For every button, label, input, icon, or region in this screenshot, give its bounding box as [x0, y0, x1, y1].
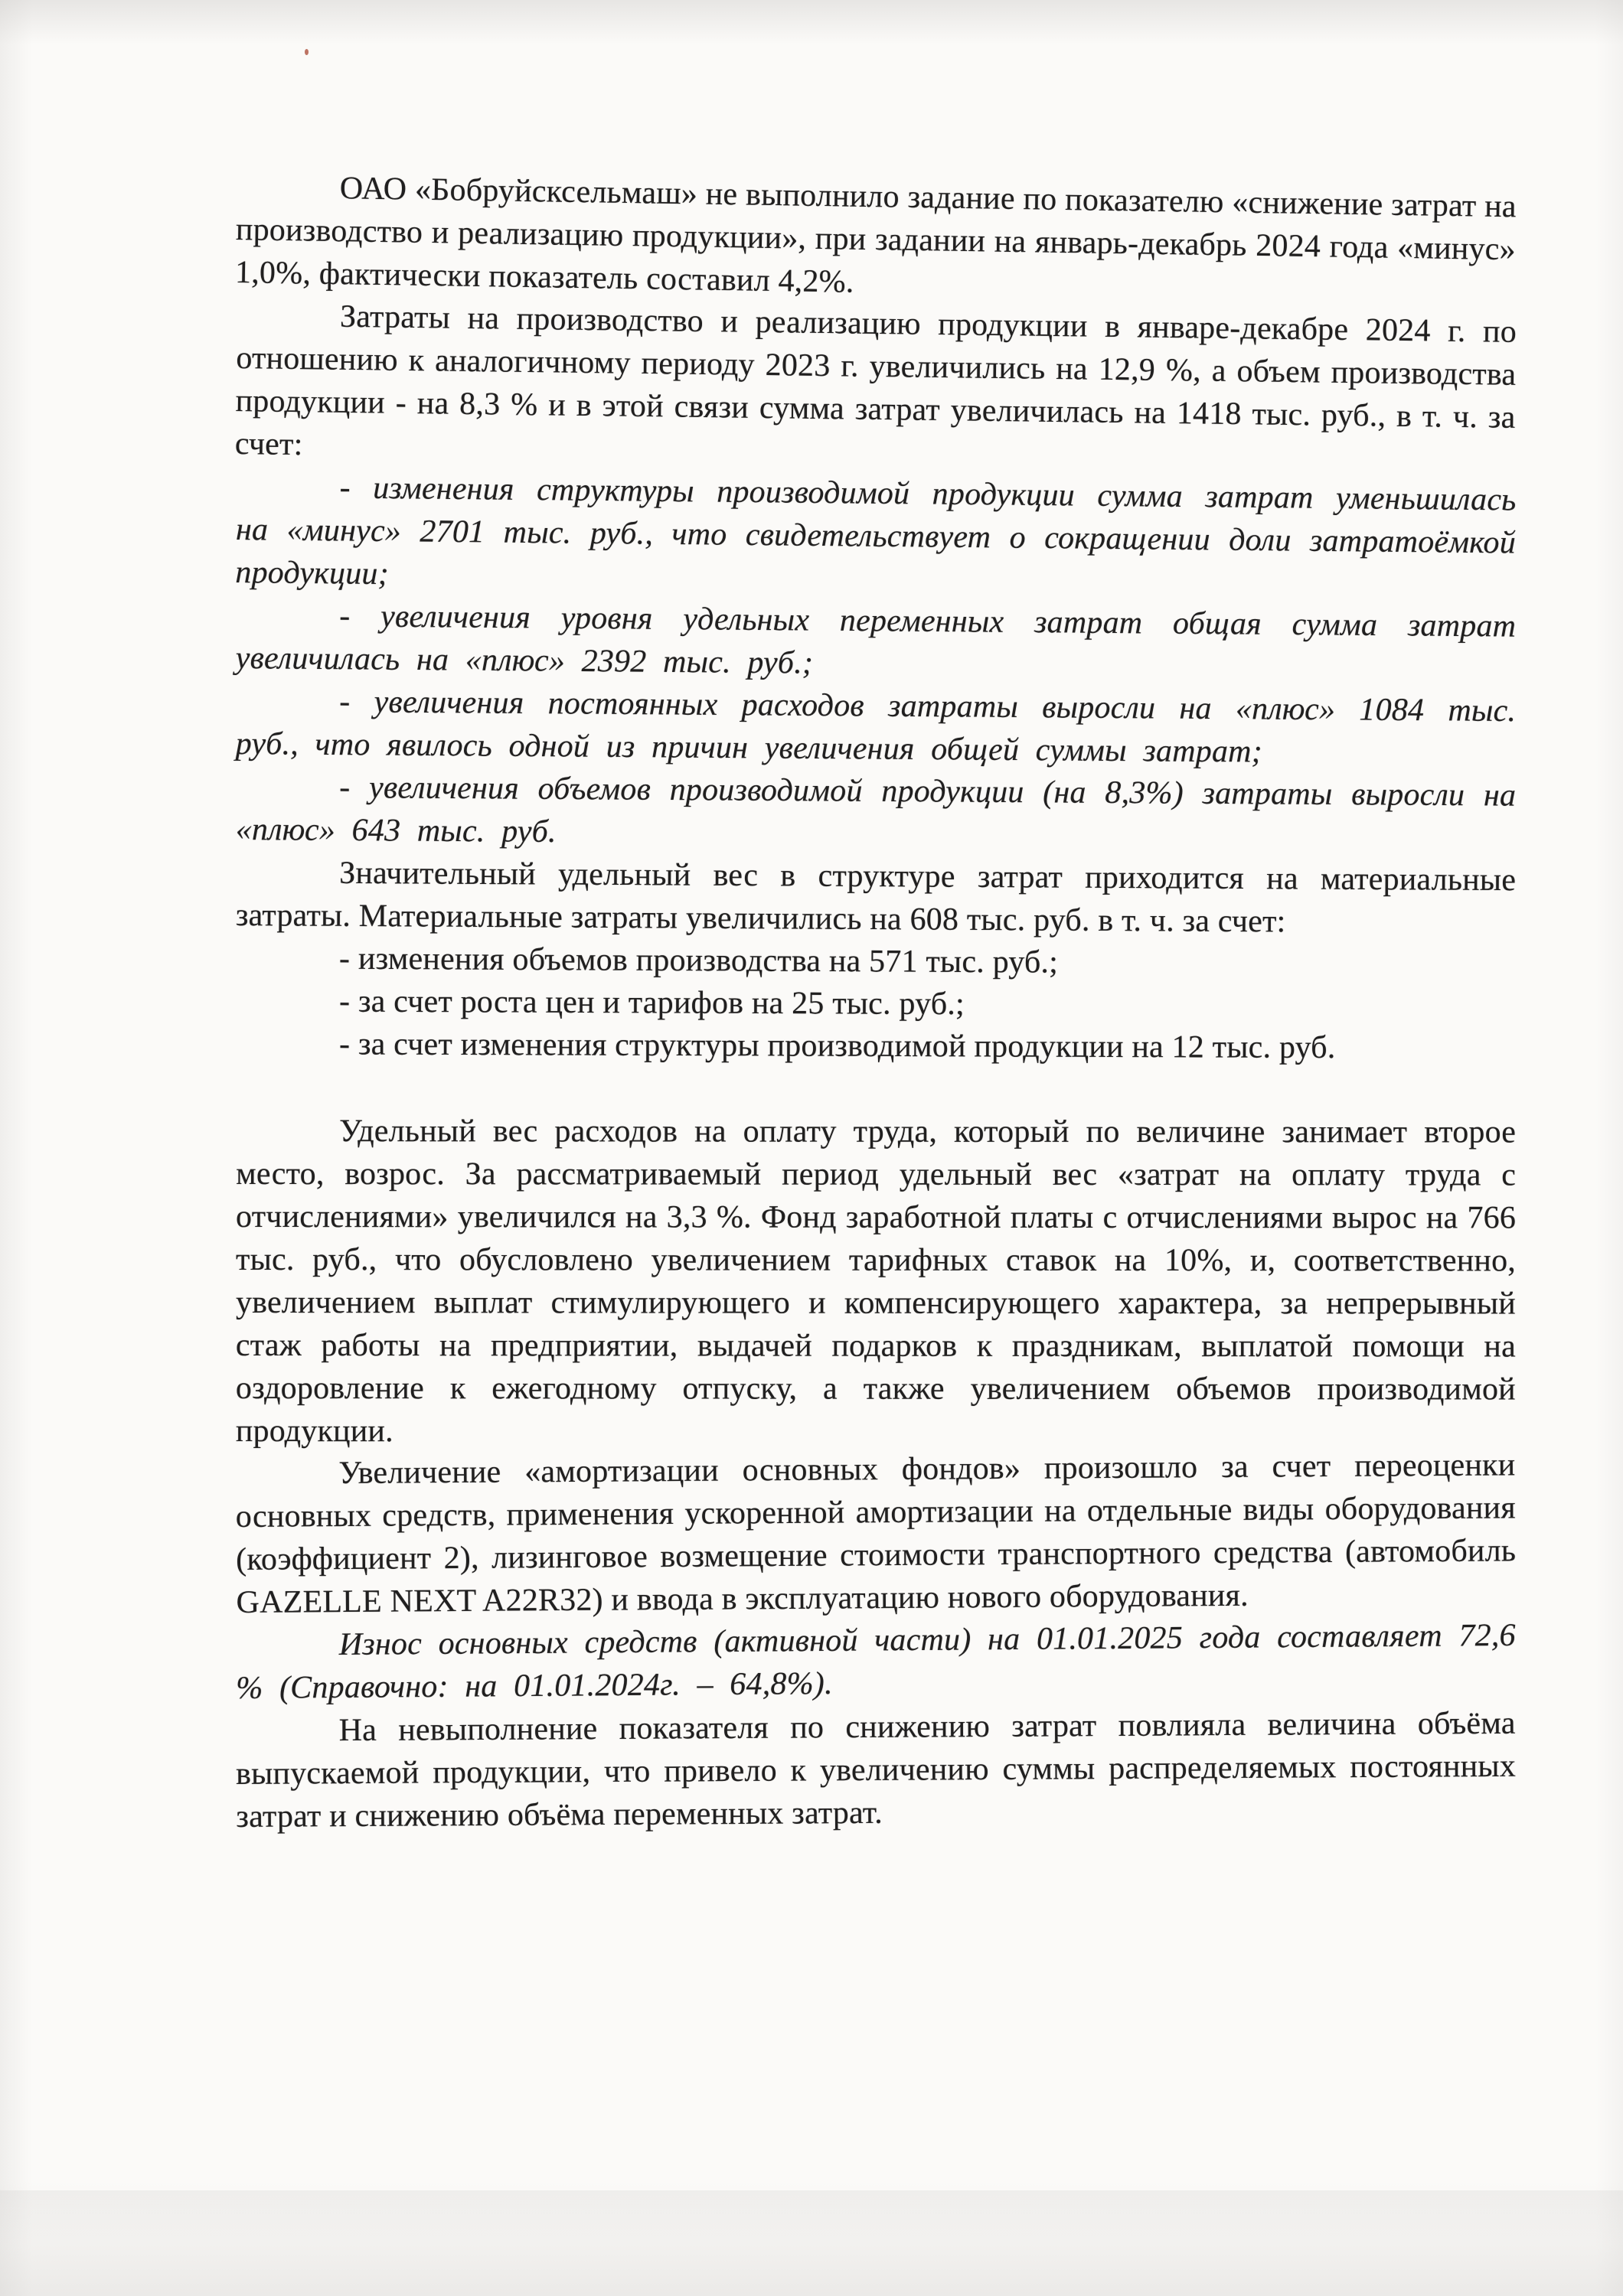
scanned-document-page: ОАО «Бобруйсксельмаш» не выполнило задан…	[0, 0, 1623, 2296]
paragraph-costs-growth: Затраты на производство и реализацию про…	[235, 294, 1517, 482]
list-item-fixed-costs: - увеличения постоянных расходов затраты…	[236, 680, 1517, 775]
list-item-volume-growth: - увеличения объемов производимой продук…	[236, 765, 1517, 860]
list-item-variable-costs: - увеличения уровня удельных переменных …	[236, 594, 1517, 691]
paragraph-task-not-met: ОАО «Бобруйсксельмаш» не выполнило задан…	[235, 165, 1517, 314]
paragraph-material-costs: Значительный удельный вес в структуре за…	[236, 851, 1517, 944]
paragraph-wear-of-assets: Износ основных средств (активной части) …	[236, 1614, 1517, 1710]
paragraph-depreciation: Увеличение «амортизации основных фондов»…	[235, 1443, 1517, 1624]
scan-speck	[305, 49, 309, 55]
list-item-production-volume: - изменения объемов производства на 571 …	[236, 937, 1516, 987]
list-item-prices-tariffs: - за счет роста цен и тарифов на 25 тыс.…	[236, 980, 1516, 1028]
scanner-shading-band	[0, 2190, 1623, 2244]
list-item-product-structure: - за счет изменения структуры производим…	[236, 1022, 1516, 1070]
list-item-structure-change: - изменения структуры производимой проду…	[235, 465, 1517, 607]
paragraph-labour-costs: Удельный вес расходов на оплату труда, к…	[236, 1110, 1516, 1453]
paragraph-conclusion: На невыполнение показателя по снижению з…	[235, 1702, 1516, 1838]
document-text: ОАО «Бобруйсксельмаш» не выполнило задан…	[236, 165, 1516, 1838]
